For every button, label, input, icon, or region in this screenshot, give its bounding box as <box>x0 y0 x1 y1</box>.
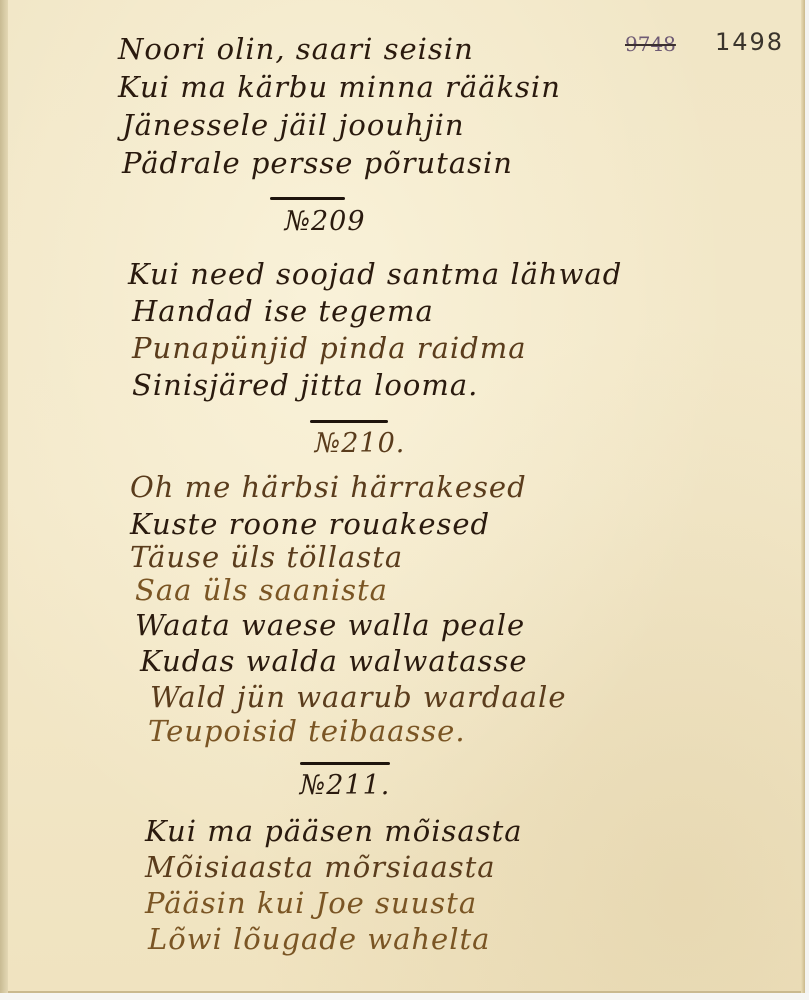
verse-line: Waata waese walla peale <box>135 606 525 644</box>
verse-line: Kudas walda walwatasse <box>140 642 528 680</box>
verse-line: Saa üls saanista <box>135 571 388 609</box>
verse-line: Jänessele jäil joouhjin <box>122 106 465 144</box>
verse-line: Oh me härbsi härrakesed <box>130 468 527 506</box>
struck-archive-number: 9748 <box>625 32 676 56</box>
section-divider <box>300 762 390 765</box>
verse-line: Sinisjäred jitta looma. <box>132 366 478 404</box>
verse-line: Noori olin, saari seisin <box>118 30 474 68</box>
scan-background <box>0 993 809 1000</box>
section-number: №209 <box>270 206 380 237</box>
archive-number: 1498 <box>715 28 784 56</box>
verse-line: Pädrale persse põrutasin <box>122 144 513 182</box>
section-number: №210. <box>305 428 415 459</box>
verse-line: Kui need soojad santma lähwad <box>128 255 622 293</box>
section-divider <box>310 420 388 423</box>
verse-line: Teupoisid teibaasse. <box>148 712 466 750</box>
page-binding-edge <box>0 0 8 993</box>
verse-line: Lõwi lõugade wahelta <box>148 920 490 958</box>
verse-line: Kui ma kärbu minna rääksin <box>118 68 561 106</box>
verse-line: Kui ma pääsen mõisasta <box>145 812 523 850</box>
verse-line: Pääsin kui Joe suusta <box>145 884 477 922</box>
page-right-edge <box>801 0 805 993</box>
verse-line: Wald jün waarub wardaale <box>150 678 566 716</box>
verse-line: Handad ise tegema <box>132 292 434 330</box>
verse-line: Mõisiaasta mõrsiaasta <box>145 848 496 886</box>
verse-line: Punapünjid pinda raidma <box>132 329 527 367</box>
manuscript-page: 9748 1498 Noori olin, saari seisin Kui m… <box>0 0 805 993</box>
section-divider <box>270 197 345 200</box>
section-number: №211. <box>290 770 400 801</box>
